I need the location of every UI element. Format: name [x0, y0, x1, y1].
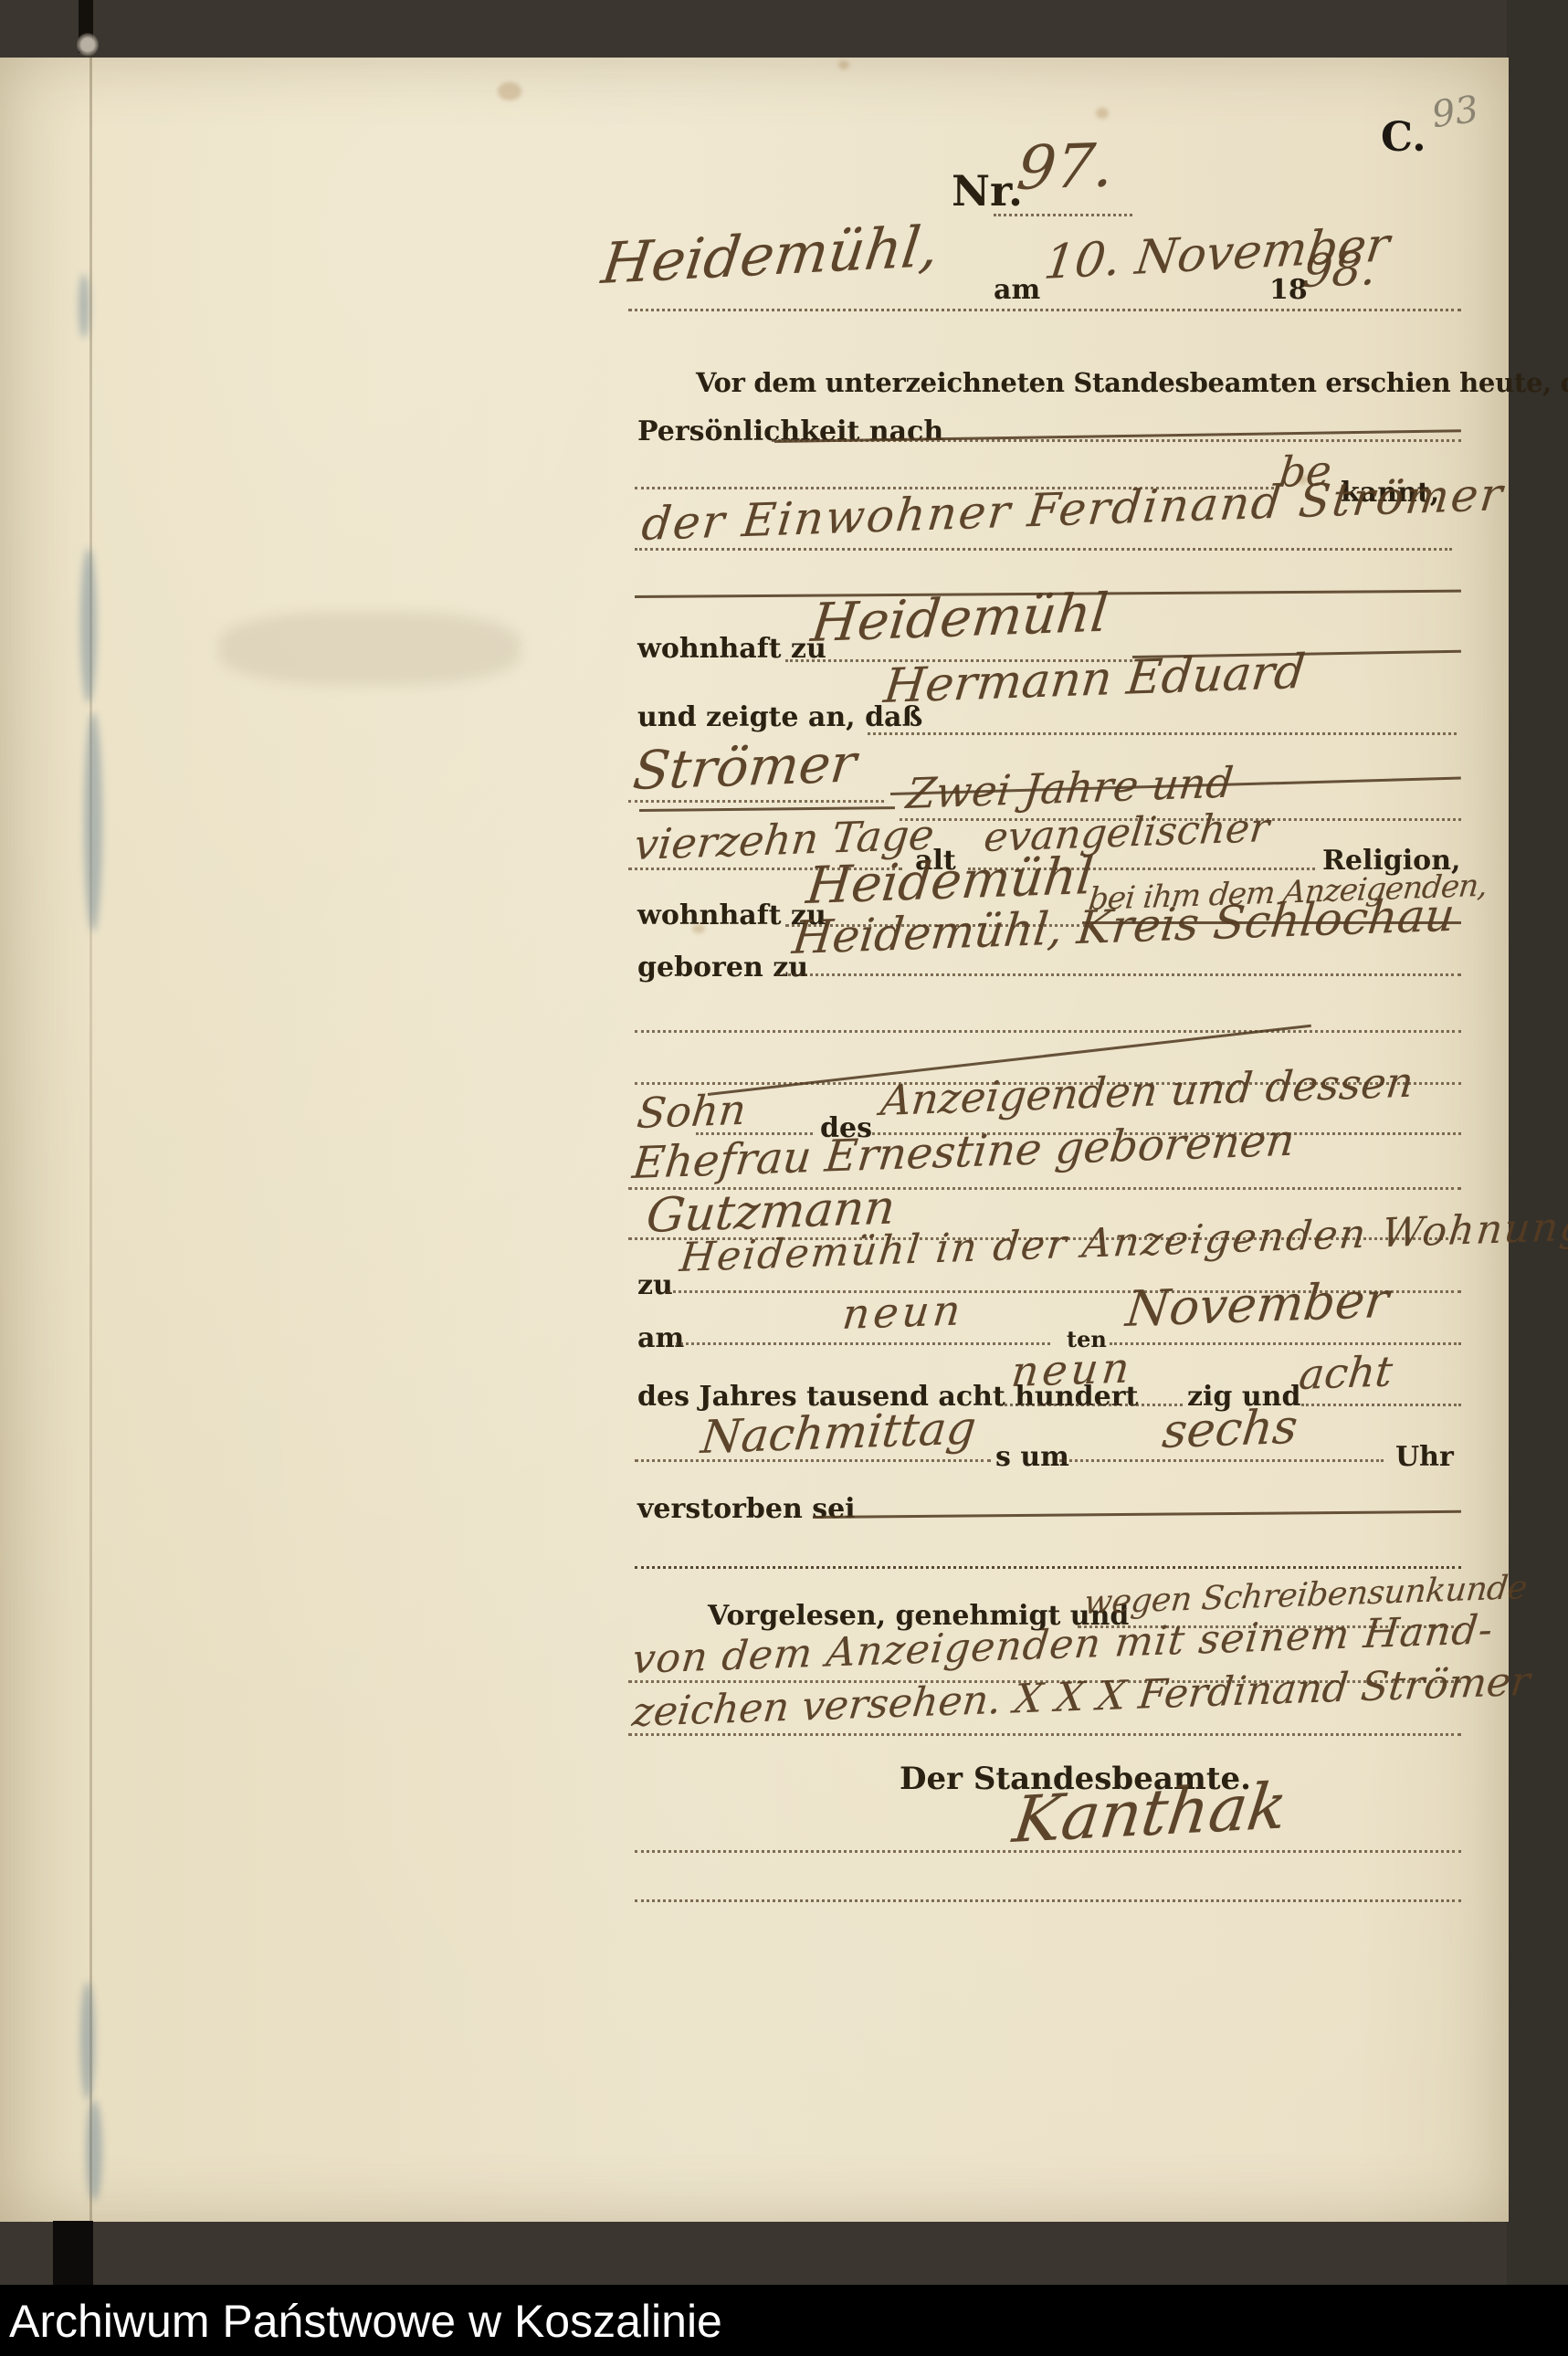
fill-line: [635, 1459, 991, 1462]
archive-footer-bar: Archiwum Państwowe w Koszalinie: [0, 2285, 1568, 2356]
record-number-label: Nr.: [952, 166, 1023, 216]
fill-line: [628, 800, 884, 803]
fill-line: [1000, 1404, 1183, 1406]
zeigte-an-label: und zeigte an, daß: [637, 701, 922, 733]
am-label: am: [994, 274, 1040, 306]
fill-line: [635, 1566, 1461, 1569]
uhr-label: Uhr: [1395, 1441, 1454, 1473]
fill-line: [868, 732, 1457, 735]
handwritten-death-month: November: [1123, 1271, 1392, 1338]
handwritten-residence: Heidemühl: [808, 582, 1111, 654]
zu-label: zu: [637, 1269, 673, 1301]
pencil-page-number: 93: [1429, 89, 1481, 137]
fill-line: [776, 973, 1461, 976]
fill-line: [635, 548, 1452, 551]
archive-name-label: Archiwum Państwowe w Koszalinie: [9, 2295, 722, 2348]
handwritten-deceased-surname: Strömer: [630, 732, 859, 802]
binding-thread: [77, 33, 99, 57]
fill-line: [1301, 1404, 1461, 1406]
verstorben-label: verstorben sei: [637, 1493, 856, 1525]
record-number-value: 97.: [1014, 130, 1118, 204]
handwritten-year-tens: neun: [1009, 1342, 1135, 1396]
um-label: s um: [995, 1441, 1069, 1473]
scanned-death-record-page: C. 93 Nr. 97. Heidemühl, am 10. November…: [0, 0, 1568, 2356]
fill-line: [635, 1030, 1461, 1033]
fill-line: [628, 1733, 1461, 1736]
ink-smudge: [84, 712, 102, 931]
geboren-label: geboren zu: [637, 952, 808, 983]
foxing-spot: [838, 60, 849, 69]
scan-background-right: [1507, 0, 1568, 2356]
intro-printed-line2: Persönlichkeit nach: [637, 415, 943, 447]
handwritten-sohn: Sohn: [635, 1085, 749, 1138]
handwritten-year-ones: acht: [1297, 1346, 1394, 1399]
handwritten-daytime: Nachmittag: [699, 1402, 979, 1464]
foxing-spot: [1096, 108, 1109, 119]
ink-smudge: [79, 274, 89, 338]
handwritten-hour: sechs: [1160, 1400, 1300, 1459]
binding-tape: [53, 2221, 93, 2287]
form-letter-mark: C.: [1381, 114, 1426, 161]
fill-line: [1110, 1342, 1461, 1345]
foxing-spot: [498, 82, 521, 100]
fill-line: [1059, 1459, 1384, 1462]
handwritten-death-day: neun: [840, 1285, 966, 1339]
am2-label: am: [637, 1322, 684, 1354]
ink-smudge: [86, 2100, 102, 2201]
fill-line: [994, 214, 1132, 216]
ink-smudge: [80, 548, 97, 703]
registrar-signature: Kanthak: [1009, 1769, 1291, 1857]
handwritten-year: 98.: [1300, 242, 1379, 298]
intro-printed-line1: Vor dem unterzeichneten Standesbeamten e…: [696, 367, 1568, 398]
ink-smudge: [80, 1982, 95, 2100]
fill-line: [635, 1899, 1461, 1902]
fill-line: [628, 309, 1461, 311]
fill-line: [676, 1342, 1050, 1345]
fill-line: [635, 1850, 1461, 1853]
ink-showthrough: [219, 612, 521, 685]
paper-crease: [89, 58, 92, 2221]
